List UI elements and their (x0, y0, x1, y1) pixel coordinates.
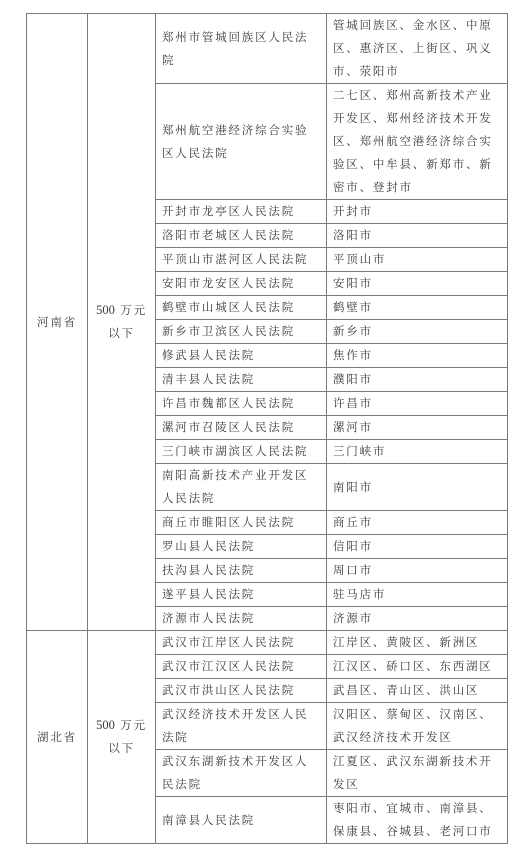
area-cell: 汉阳区、蔡甸区、汉南区、武汉经济技术开发区 (327, 703, 508, 750)
area-cell: 濮阳市 (327, 368, 508, 392)
court-cell: 三门峡市湖滨区人民法院 (156, 440, 327, 464)
table-row: 河南省 500 万元 以下 郑州市管城回族区人民法院 管城回族区、金水区、中原区… (27, 14, 508, 84)
court-cell: 武汉经济技术开发区人民法院 (156, 703, 327, 750)
court-cell: 武汉市江汉区人民法院 (156, 655, 327, 679)
court-cell: 商丘市睢阳区人民法院 (156, 511, 327, 535)
area-cell: 开封市 (327, 200, 508, 224)
court-cell: 许昌市魏都区人民法院 (156, 392, 327, 416)
court-cell: 清丰县人民法院 (156, 368, 327, 392)
court-cell: 武汉东湖新技术开发区人民法院 (156, 750, 327, 797)
area-cell: 焦作市 (327, 344, 508, 368)
amount-suffix: 以下 (108, 741, 135, 755)
area-cell: 洛阳市 (327, 224, 508, 248)
court-cell: 遂平县人民法院 (156, 583, 327, 607)
area-cell: 周口市 (327, 559, 508, 583)
amount-suffix: 以下 (108, 326, 135, 340)
area-cell: 江汉区、硚口区、东西湖区 (327, 655, 508, 679)
court-cell: 郑州航空港经济综合实验区人民法院 (156, 84, 327, 200)
area-cell: 平顶山市 (327, 248, 508, 272)
area-cell: 商丘市 (327, 511, 508, 535)
area-cell: 鹤壁市 (327, 296, 508, 320)
area-cell: 济源市 (327, 607, 508, 631)
amount-cell: 500 万元 以下 (88, 631, 156, 844)
area-cell: 三门峡市 (327, 440, 508, 464)
court-jurisdiction-table: 河南省 500 万元 以下 郑州市管城回族区人民法院 管城回族区、金水区、中原区… (26, 13, 508, 844)
area-cell: 江岸区、黄陂区、新洲区 (327, 631, 508, 655)
area-cell: 江夏区、武汉东湖新技术开发区 (327, 750, 508, 797)
amount-unit: 万元 (115, 303, 147, 317)
court-cell: 新乡市卫滨区人民法院 (156, 320, 327, 344)
court-cell: 郑州市管城回族区人民法院 (156, 14, 327, 84)
court-cell: 安阳市龙安区人民法院 (156, 272, 327, 296)
court-cell: 南阳高新技术产业开发区人民法院 (156, 464, 327, 511)
amount-number: 500 (96, 303, 115, 317)
court-cell: 洛阳市老城区人民法院 (156, 224, 327, 248)
court-cell: 武汉市江岸区人民法院 (156, 631, 327, 655)
area-cell: 新乡市 (327, 320, 508, 344)
area-cell: 信阳市 (327, 535, 508, 559)
court-cell: 修武县人民法院 (156, 344, 327, 368)
area-cell: 许昌市 (327, 392, 508, 416)
court-cell: 扶沟县人民法院 (156, 559, 327, 583)
area-cell: 管城回族区、金水区、中原区、惠济区、上街区、巩义市、荥阳市 (327, 14, 508, 84)
court-cell: 开封市龙亭区人民法院 (156, 200, 327, 224)
court-cell: 平顶山市湛河区人民法院 (156, 248, 327, 272)
amount-number: 500 (96, 718, 115, 732)
area-cell: 武昌区、青山区、洪山区 (327, 679, 508, 703)
court-cell: 武汉市洪山区人民法院 (156, 679, 327, 703)
area-cell: 二七区、郑州高新技术产业开发区、郑州经济技术开发区、郑州航空港经济综合实验区、中… (327, 84, 508, 200)
amount-unit: 万元 (115, 718, 147, 732)
area-cell: 漯河市 (327, 416, 508, 440)
area-cell: 驻马店市 (327, 583, 508, 607)
area-cell: 南阳市 (327, 464, 508, 511)
court-cell: 漯河市召陵区人民法院 (156, 416, 327, 440)
court-cell: 南漳县人民法院 (156, 797, 327, 844)
table-row: 湖北省 500 万元 以下 武汉市江岸区人民法院 江岸区、黄陂区、新洲区 (27, 631, 508, 655)
area-cell: 安阳市 (327, 272, 508, 296)
court-cell: 济源市人民法院 (156, 607, 327, 631)
province-cell: 湖北省 (27, 631, 88, 844)
court-cell: 罗山县人民法院 (156, 535, 327, 559)
court-cell: 鹤壁市山城区人民法院 (156, 296, 327, 320)
area-cell: 枣阳市、宜城市、南漳县、保康县、谷城县、老河口市 (327, 797, 508, 844)
amount-cell: 500 万元 以下 (88, 14, 156, 631)
province-cell: 河南省 (27, 14, 88, 631)
